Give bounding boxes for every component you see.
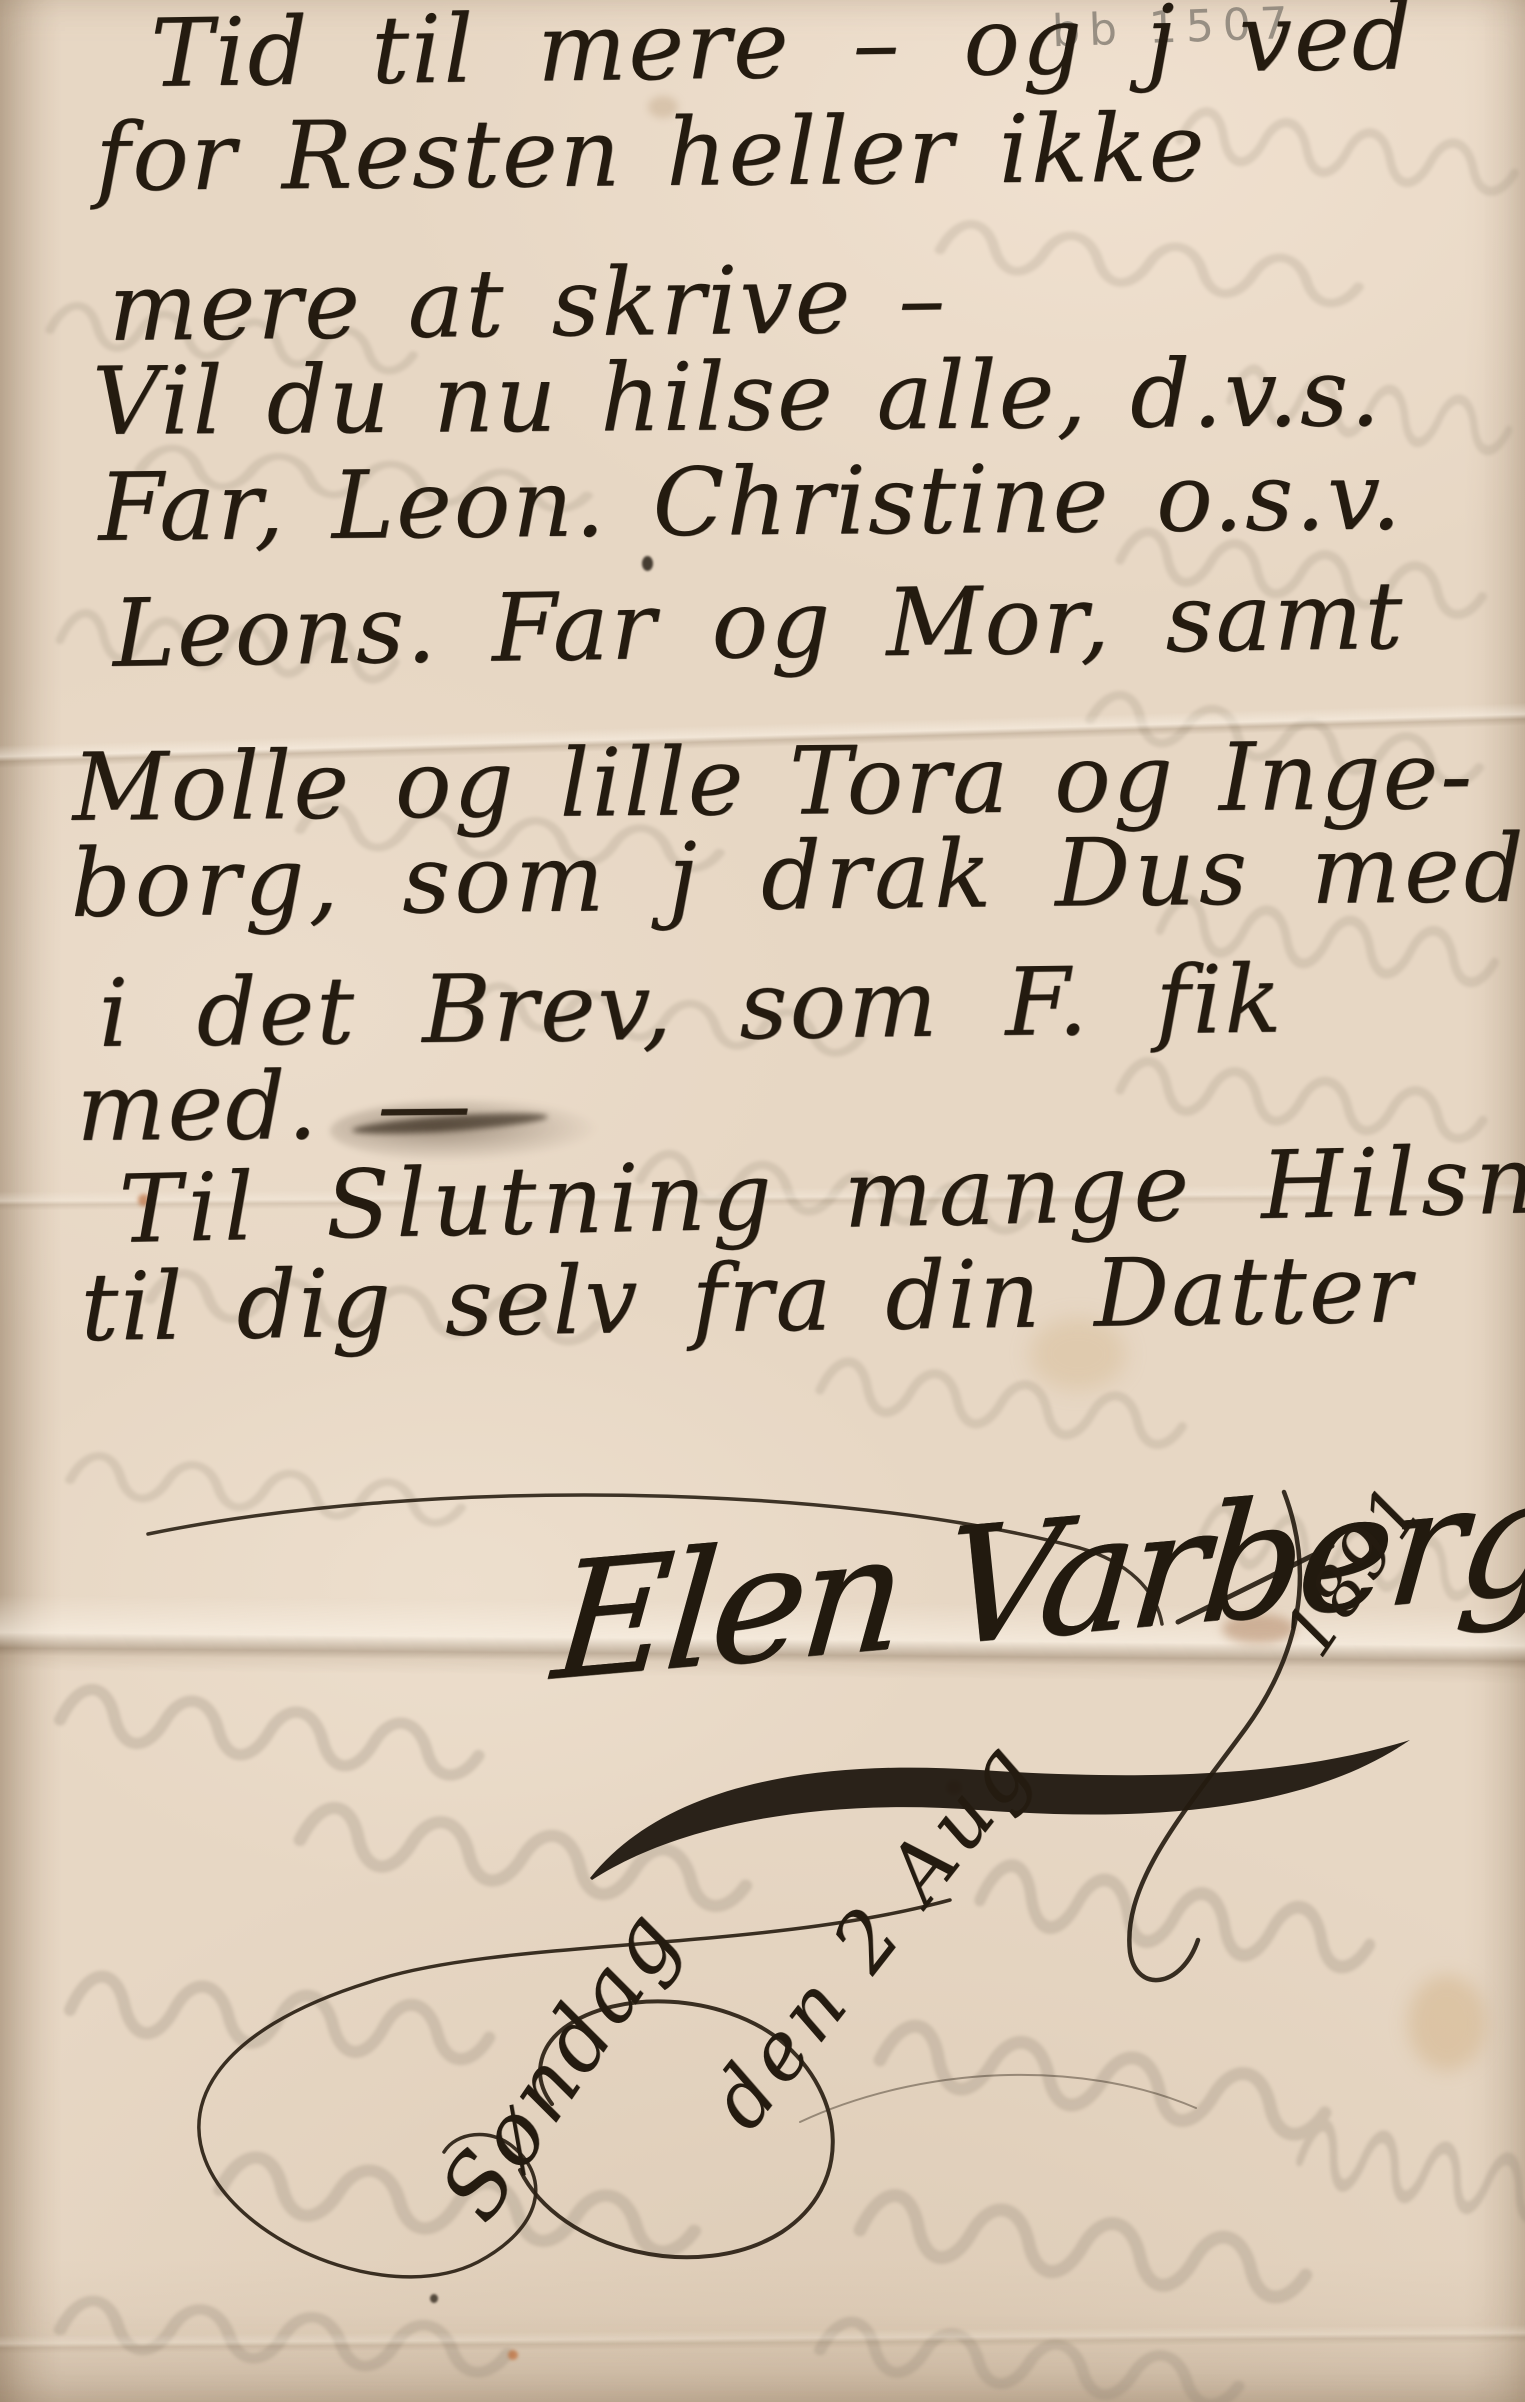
handwriting-line-8: borg, som j drak Dus med [70,823,1525,932]
fold-crease-bottom [0,2310,1525,2367]
handwriting-line-6: Leons. Far og Mor, samt [112,570,1405,682]
handwriting-line-1: Tid til mere – og j ved [150,0,1414,102]
date-day: Søndag [427,1895,695,2234]
date-middle: den 2 Aug [697,1725,1047,2142]
handwriting-line-12: til dig selv fra din Datter [80,1243,1414,1356]
handwriting-line-5: Far, Leon. Christine o.s.v. [98,451,1403,556]
ink-speck [430,2294,438,2303]
handwriting-line-9: i det Brev, som F. fik [98,954,1284,1062]
ink-speck [642,556,653,571]
handwriting-line-3: mere at skrive – [108,253,948,356]
foxing-stain [1408,1975,1486,2071]
handwriting-line-10: med. — [76,1059,474,1156]
handwriting-line-2: for Resten heller ikke [95,102,1207,206]
handwriting-line-4: Vil du nu hilse alle, d.v.s. [92,347,1382,450]
paraph-hairline-exit [800,2075,1196,2122]
letter-page: bb 1507 Tid til mere – og j ved for Rest… [0,0,1525,2402]
rust-spot [508,2350,518,2360]
